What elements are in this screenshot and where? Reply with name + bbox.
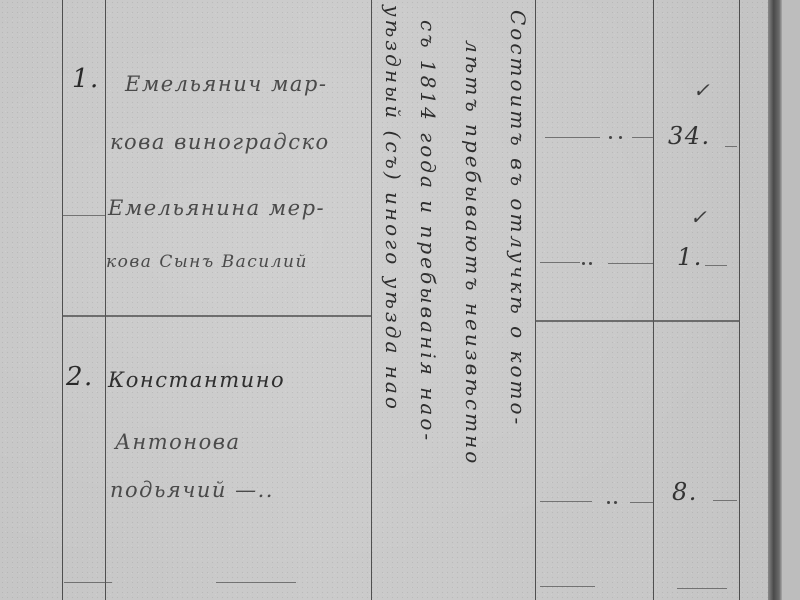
column-rule-4 [535, 0, 536, 600]
dash-mark [630, 502, 653, 503]
row-number: 2. [66, 362, 94, 392]
dash-mark [64, 582, 112, 583]
column-rule-5 [653, 0, 654, 600]
page-spine-shadow [768, 0, 782, 600]
dash-mark [705, 265, 727, 266]
name-line: Емельянич мар- [125, 72, 327, 96]
dash-mark [540, 501, 592, 502]
dash-mark [677, 588, 727, 589]
vertical-note-line: съ 1814 года и пребыванія нао- [416, 20, 440, 443]
dot-mark [609, 136, 612, 139]
dot-mark [589, 262, 592, 265]
name-line: Антонова [115, 430, 241, 454]
dash-mark [713, 500, 737, 501]
dash-mark [632, 137, 653, 138]
document-page: 1. Емельянич мар- кова виноградско Емель… [0, 0, 800, 600]
sub-row-mark [62, 215, 105, 216]
check-mark: ✓ [693, 78, 710, 102]
column-rule-2 [105, 0, 106, 600]
dash-mark [540, 262, 580, 263]
name-line: кова виноградско [110, 130, 330, 154]
dash-mark [608, 263, 653, 264]
vertical-note-line: уѣздный (съ) иного уѣзда нао [381, 5, 405, 412]
dash-mark [540, 586, 595, 587]
column-rule-1 [62, 0, 63, 600]
dot-mark [614, 501, 617, 504]
dot-mark [619, 136, 622, 139]
row-number: 1. [72, 64, 100, 94]
name-line: Константино [108, 368, 285, 392]
row-separator-right [535, 320, 740, 322]
name-line: Емельянина мер- [108, 196, 325, 220]
dot-mark [582, 262, 585, 265]
name-line: подьячий —.. [110, 478, 274, 502]
check-mark: ✓ [690, 205, 707, 229]
vertical-note-line: лѣтъ пребываютъ неизвѣстно [461, 40, 485, 466]
column-rule-6 [739, 0, 740, 600]
dash-mark [545, 137, 600, 138]
dash-mark [725, 146, 737, 147]
facing-page-edge [782, 0, 800, 600]
column-rule-3 [371, 0, 372, 600]
name-line: кова Сынъ Василий [106, 252, 308, 272]
dot-mark [607, 501, 610, 504]
count-value: 34. [668, 122, 711, 150]
count-value: 8. [672, 478, 698, 506]
dash-mark [216, 582, 296, 583]
count-value: 1. [677, 243, 703, 271]
row-separator-left [62, 315, 371, 317]
vertical-note-line: Состоитъ въ отлучкѣ о кото- [506, 10, 530, 427]
